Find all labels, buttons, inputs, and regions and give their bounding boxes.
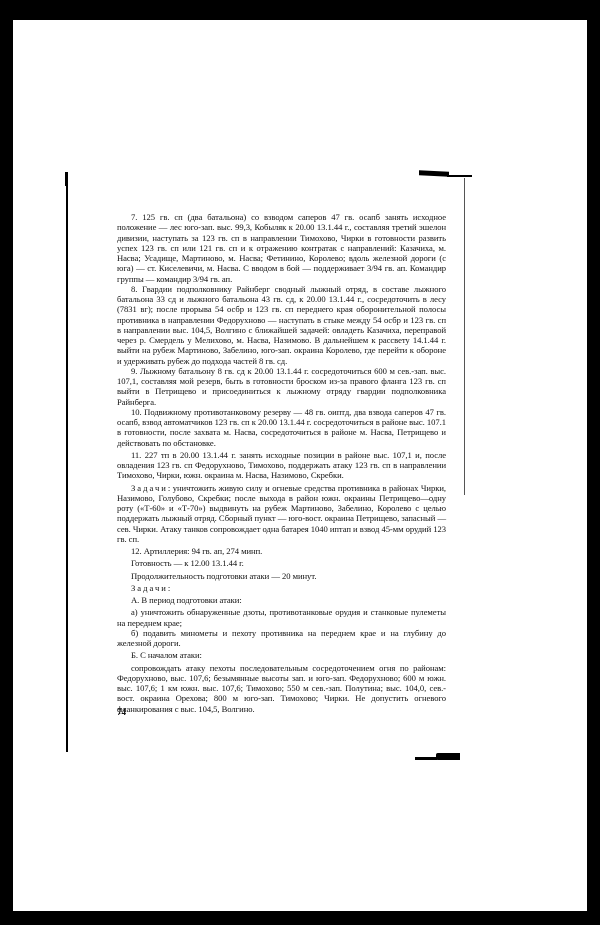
scanned-page: 7. 125 гв. сп (два батальона) со взводом…: [13, 20, 587, 911]
paragraph-10: 10. Подвижному противотанковому резерву …: [117, 407, 446, 448]
phase-b-text: сопровождать атаку пехоты последовательн…: [117, 663, 446, 714]
phase-a-heading: А. В период подготовки атаки:: [117, 595, 446, 605]
paragraph-11: 11. 227 тп в 20.00 13.1.44 г. занять исх…: [117, 450, 446, 481]
left-margin-line-top-blot: [65, 172, 68, 186]
tasks2-label: Задачи:: [117, 583, 446, 593]
artillery-line: 12. Артиллерия: 94 гв. ап, 274 минп.: [117, 546, 446, 556]
left-margin-line: [66, 172, 68, 752]
bottom-right-dash-mark: [415, 757, 437, 760]
tank-tasks-paragraph: Задачи: уничтожить живую силу и огневые …: [117, 483, 446, 545]
paragraph-7: 7. 125 гв. сп (два батальона) со взводом…: [117, 212, 446, 284]
tasks-label: Задачи: [131, 483, 168, 493]
duration-line: Продолжительность подготовки атаки — 20 …: [117, 571, 446, 581]
phase-a-item-a: а) уничтожить обнаруженные дзоты, против…: [117, 607, 446, 628]
page-number: 74: [117, 707, 126, 717]
phase-a-item-b: б) подавить минометы и пехоту противника…: [117, 628, 446, 649]
phase-b-heading: Б. С началом атаки:: [117, 650, 446, 660]
bottom-right-dash-mark-head: [436, 753, 460, 760]
paragraph-8: 8. Гвардии подполковнику Райнберг сводны…: [117, 284, 446, 366]
top-right-dash-mark-tail: [447, 175, 472, 177]
top-right-dash-mark: [419, 170, 449, 177]
readiness-line: Готовность — к 12.00 13.1.44 г.: [117, 558, 446, 568]
body-text: 7. 125 гв. сп (два батальона) со взводом…: [117, 212, 446, 714]
paragraph-9: 9. Лыжному батальону 8 гв. сд к 20.00 13…: [117, 366, 446, 407]
right-margin-line: [464, 178, 465, 495]
